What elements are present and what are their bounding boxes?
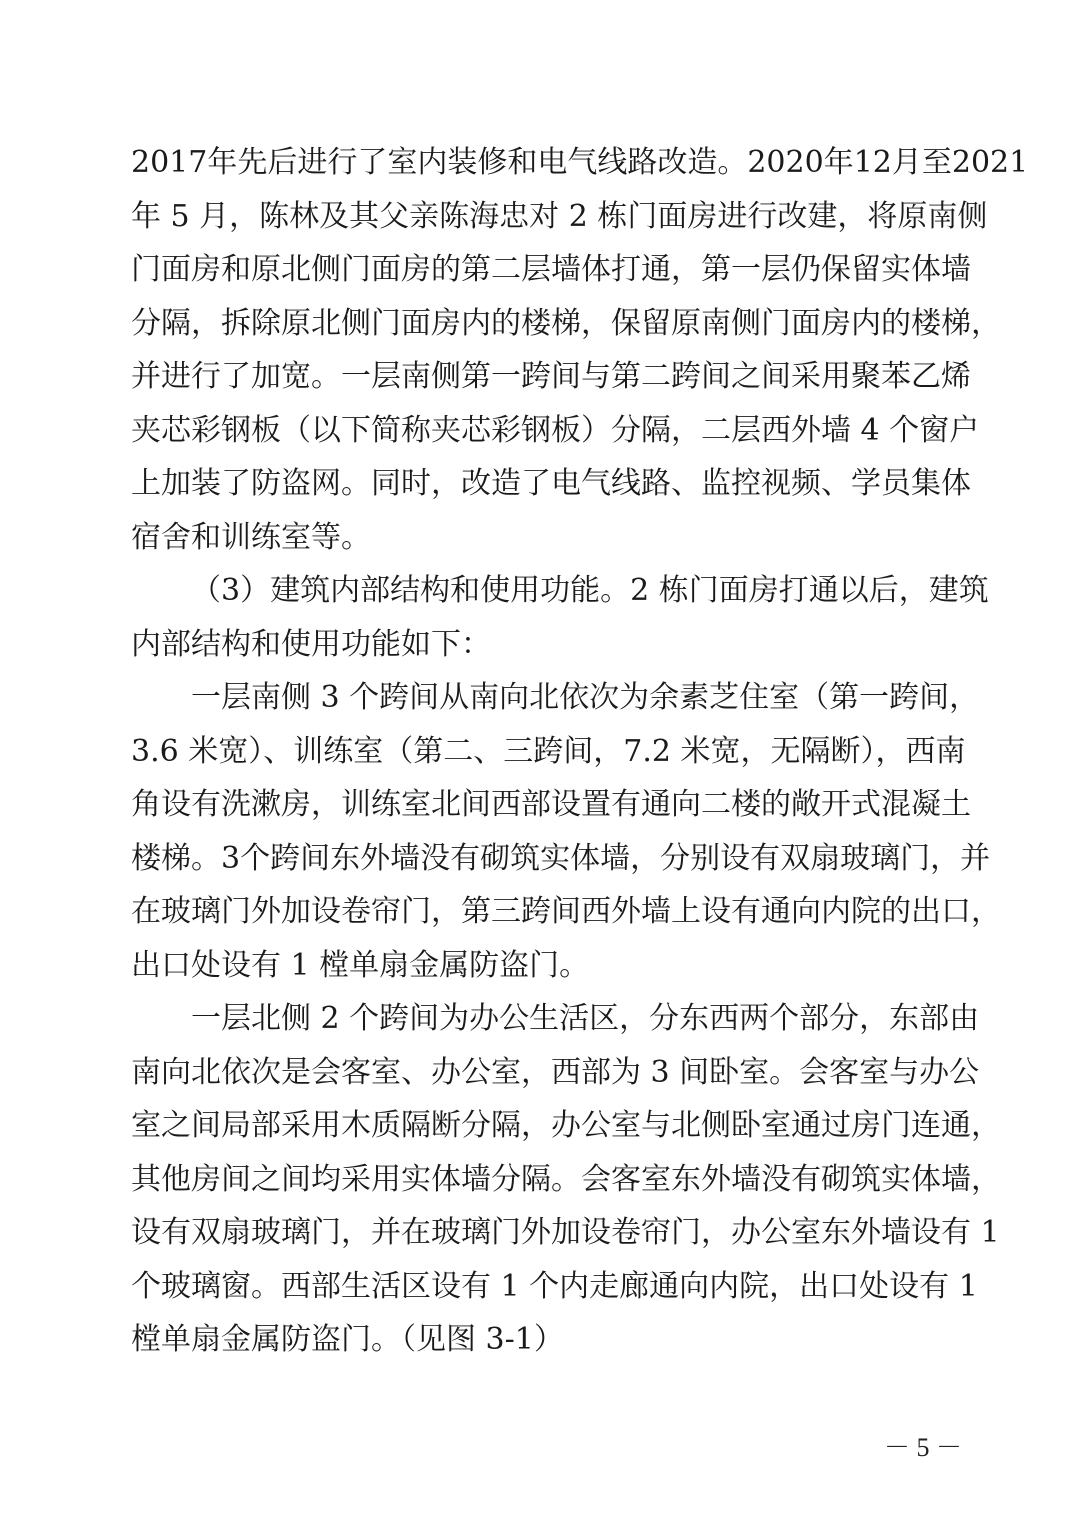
text-line: 一层北侧 2 个跨间为办公生活区，分东西两个部分，东部由: [131, 992, 949, 1046]
text-line: 室之间局部采用木质隔断分隔，办公室与北侧卧室通过房门连通，: [131, 1099, 949, 1153]
text-line: 楼梯。3个跨间东外墙没有砌筑实体墙，分别设有双扇玻璃门，并: [131, 832, 949, 886]
text-line: 门面房和原北侧门面房的第二层墙体打通，第一层仍保留实体墙: [131, 243, 949, 297]
text-line: 夹芯彩钢板（以下简称夹芯彩钢板）分隔，二层西外墙 4 个窗户: [131, 404, 949, 458]
page-number: － 5 －: [878, 1432, 968, 1464]
text-line: 一层南侧 3 个跨间从南向北依次为余素芝住室（第一跨间，: [131, 671, 949, 725]
body-text: 2017年先后进行了室内装修和电气线路改造。2020年12月至2021 年 5 …: [131, 136, 949, 1367]
text-line: 3.6 米宽）、训练室（第二、三跨间，7.2 米宽，无隔断），西南: [131, 725, 949, 779]
text-line: 南向北依次是会客室、办公室，西部为 3 间卧室。会客室与办公: [131, 1046, 949, 1100]
paragraph-first-floor-north: 一层北侧 2 个跨间为办公生活区，分东西两个部分，东部由 南向北依次是会客室、办…: [131, 992, 949, 1367]
document-page: 2017年先后进行了室内装修和电气线路改造。2020年12月至2021 年 5 …: [0, 0, 1080, 1527]
text-line: 个玻璃窗。西部生活区设有 1 个内走廊通向内院，出口处设有 1: [131, 1260, 949, 1314]
text-line: 出口处设有 1 樘单扇金属防盗门。: [131, 939, 949, 993]
text-line: 上加装了防盗网。同时，改造了电气线路、监控视频、学员集体: [131, 457, 949, 511]
text-line: 2017年先后进行了室内装修和电气线路改造。2020年12月至2021: [131, 136, 949, 190]
text-line: 宿舍和训练室等。: [131, 511, 949, 565]
text-line: 在玻璃门外加设卷帘门，第三跨间西外墙上设有通向内院的出口，: [131, 885, 949, 939]
text-line: 其他房间之间均采用实体墙分隔。会客室东外墙没有砌筑实体墙，: [131, 1153, 949, 1207]
text-line: （3）建筑内部结构和使用功能。2 栋门面房打通以后，建筑: [131, 564, 949, 618]
paragraph-first-floor-south: 一层南侧 3 个跨间从南向北依次为余素芝住室（第一跨间， 3.6 米宽）、训练室…: [131, 671, 949, 992]
text-line: 设有双扇玻璃门，并在玻璃门外加设卷帘门，办公室东外墙设有 1: [131, 1206, 949, 1260]
text-line: 并进行了加宽。一层南侧第一跨间与第二跨间之间采用聚苯乙烯: [131, 350, 949, 404]
text-line: 樘单扇金属防盗门。（见图 3-1）: [131, 1313, 949, 1367]
paragraph-structure-heading: （3）建筑内部结构和使用功能。2 栋门面房打通以后，建筑 内部结构和使用功能如下…: [131, 564, 949, 671]
text-line: 内部结构和使用功能如下：: [131, 618, 949, 672]
text-line: 角设有洗漱房，训练室北间西部设置有通向二楼的敞开式混凝土: [131, 778, 949, 832]
paragraph-renovation: 2017年先后进行了室内装修和电气线路改造。2020年12月至2021 年 5 …: [131, 136, 949, 564]
text-line: 年 5 月，陈林及其父亲陈海忠对 2 栋门面房进行改建，将原南侧: [131, 190, 949, 244]
text-line: 分隔，拆除原北侧门面房内的楼梯，保留原南侧门面房内的楼梯，: [131, 297, 949, 351]
